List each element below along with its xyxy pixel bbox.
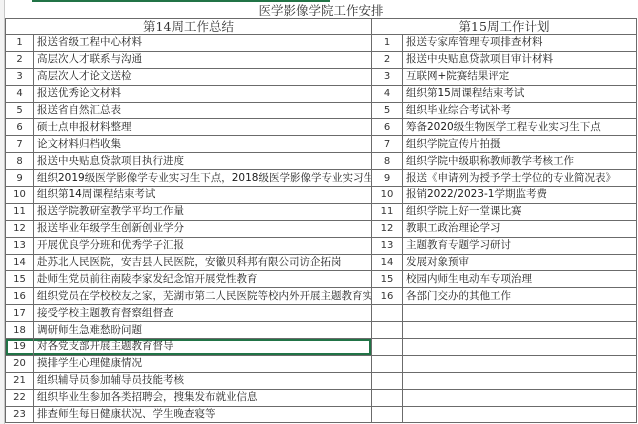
left-item-number[interactable]: 20	[6, 355, 34, 372]
left-item-number[interactable]: 15	[6, 271, 34, 288]
left-item-text[interactable]: 论文材料归档收集	[34, 136, 372, 153]
right-item-number[interactable]	[372, 389, 403, 406]
right-item-text[interactable]	[403, 372, 637, 389]
table-row: 21组织辅导员参加辅导员技能考核	[6, 372, 637, 389]
right-item-text[interactable]: 组织学院宣传片拍摄	[403, 136, 637, 153]
left-item-text[interactable]: 组织毕业生参加各类招聘会，搜集发布就业信息	[34, 389, 372, 406]
table-row: 2高层次人才联系与沟通2报送中央贴息贷款项目审计材料	[6, 51, 637, 68]
right-item-number[interactable]: 16	[372, 288, 403, 305]
table-row: 12报送毕业年级学生创新创业学分12教职工政治理论学习	[6, 220, 637, 237]
right-item-number[interactable]: 14	[372, 254, 403, 271]
left-item-text[interactable]: 摸排学生心理健康情况	[34, 355, 372, 372]
left-item-text[interactable]: 排查师生每日健康状况、学生晚查寝等	[34, 406, 372, 423]
left-item-text[interactable]: 对各党支部开展主题教育督导	[34, 339, 372, 356]
right-item-number[interactable]: 11	[372, 203, 403, 220]
right-item-text[interactable]	[403, 389, 637, 406]
right-item-text[interactable]: 报送《申请列为授予学士学位的专业简况表》	[403, 170, 637, 187]
table-row: 5报送省自然汇总表5组织毕业综合考试补考	[6, 102, 637, 119]
right-item-number[interactable]: 9	[372, 170, 403, 187]
left-item-number[interactable]: 13	[6, 237, 34, 254]
right-item-text[interactable]: 主题教育专题学习研讨	[403, 237, 637, 254]
table-row: 20摸排学生心理健康情况	[6, 355, 637, 372]
right-item-number[interactable]	[372, 305, 403, 322]
right-item-text[interactable]: 报送中央贴息贷款项目审计材料	[403, 51, 637, 68]
left-item-text[interactable]: 接受学校主题教育督察组督查	[34, 305, 372, 322]
left-item-number[interactable]: 6	[6, 119, 34, 136]
left-item-number[interactable]: 17	[6, 305, 34, 322]
right-item-number[interactable]: 13	[372, 237, 403, 254]
left-item-text[interactable]: 组织2019级医学影像学专业实习生下点，2018级医学影像学专业实习生返校	[34, 170, 372, 187]
right-item-number[interactable]: 10	[372, 187, 403, 204]
table-row: 9组织2019级医学影像学专业实习生下点，2018级医学影像学专业实习生返校9报…	[6, 170, 637, 187]
right-item-text[interactable]: 各部门交办的其他工作	[403, 288, 637, 305]
left-item-number[interactable]: 12	[6, 220, 34, 237]
left-item-text[interactable]: 报送优秀论文材料	[34, 85, 372, 102]
left-item-text[interactable]: 报送中央贴息贷款项目执行进度	[34, 153, 372, 170]
right-item-text[interactable]: 发展对象预审	[403, 254, 637, 271]
table-row: 10组织第14周课程结束考试10报销2022/2023-1学期监考费	[6, 187, 637, 204]
sheet-title[interactable]: 医学影像学院工作安排	[6, 3, 637, 19]
table-row: 4报送优秀论文材料4组织第15周课程结束考试	[6, 85, 637, 102]
left-item-number[interactable]: 5	[6, 102, 34, 119]
left-section-header[interactable]: 第14周工作总结	[6, 19, 372, 35]
left-item-number[interactable]: 21	[6, 372, 34, 389]
right-item-number[interactable]	[372, 339, 403, 356]
table-row: 6硕士点申报材料整理6筹备2020级生物医学工程专业实习生下点	[6, 119, 637, 136]
left-item-number[interactable]: 23	[6, 406, 34, 423]
right-item-number[interactable]: 8	[372, 153, 403, 170]
left-item-text[interactable]: 开展优良学分班和优秀学子汇报	[34, 237, 372, 254]
left-item-number[interactable]: 9	[6, 170, 34, 187]
left-item-text[interactable]: 组织辅导员参加辅导员技能考核	[34, 372, 372, 389]
right-item-text[interactable]: 组织学院上好一堂课比赛	[403, 203, 637, 220]
table-row: 7论文材料归档收集7组织学院宣传片拍摄	[6, 136, 637, 153]
right-item-number[interactable]: 4	[372, 85, 403, 102]
left-item-number[interactable]: 16	[6, 288, 34, 305]
right-item-text[interactable]	[403, 339, 637, 356]
right-item-number[interactable]	[372, 322, 403, 339]
right-item-text[interactable]: 组织第15周课程结束考试	[403, 85, 637, 102]
right-section-header[interactable]: 第15周工作计划	[372, 19, 637, 35]
right-item-text[interactable]: 组织学院中级职称教师教学考核工作	[403, 153, 637, 170]
table-row: 22组织毕业生参加各类招聘会，搜集发布就业信息	[6, 389, 637, 406]
left-item-text[interactable]: 赴师生党员前往南陵李家发纪念馆开展党性教育	[34, 271, 372, 288]
right-item-text[interactable]: 筹备2020级生物医学工程专业实习生下点	[403, 119, 637, 136]
table-row: 17接受学校主题教育督察组督查	[6, 305, 637, 322]
left-item-text[interactable]: 高层次人才论文送检	[34, 68, 372, 85]
table-row: 19对各党支部开展主题教育督导	[6, 339, 637, 356]
right-item-text[interactable]: 校园内师生电动车专项治理	[403, 271, 637, 288]
left-item-number[interactable]: 8	[6, 153, 34, 170]
spreadsheet[interactable]: 医学影像学院工作安排 第14周工作总结 第15周工作计划 1报送省级工程中心材料…	[5, 3, 636, 423]
right-item-text[interactable]: 报销2022/2023-1学期监考费	[403, 187, 637, 204]
header-row: 第14周工作总结 第15周工作计划	[6, 19, 637, 35]
right-item-text[interactable]: 组织毕业综合考试补考	[403, 102, 637, 119]
left-item-number[interactable]: 2	[6, 51, 34, 68]
right-item-number[interactable]: 2	[372, 51, 403, 68]
right-item-text[interactable]	[403, 305, 637, 322]
title-row: 医学影像学院工作安排	[6, 3, 637, 19]
left-item-text[interactable]: 报送毕业年级学生创新创业学分	[34, 220, 372, 237]
work-schedule-table: 医学影像学院工作安排 第14周工作总结 第15周工作计划 1报送省级工程中心材料…	[5, 3, 637, 423]
right-item-text[interactable]	[403, 322, 637, 339]
left-item-text[interactable]: 报送省级工程中心材料	[34, 35, 372, 52]
right-item-text[interactable]: 教职工政治理论学习	[403, 220, 637, 237]
right-item-text[interactable]: 互联网+院赛结果评定	[403, 68, 637, 85]
left-item-number[interactable]: 3	[6, 68, 34, 85]
left-item-text[interactable]: 赴苏北人民医院，安吉县人民医院，安徽贝科邦有限公司访企拓岗	[34, 254, 372, 271]
left-item-number[interactable]: 18	[6, 322, 34, 339]
table-row: 14赴苏北人民医院，安吉县人民医院，安徽贝科邦有限公司访企拓岗14发展对象预审	[6, 254, 637, 271]
left-item-number[interactable]: 7	[6, 136, 34, 153]
right-item-number[interactable]	[372, 355, 403, 372]
left-item-number[interactable]: 22	[6, 389, 34, 406]
right-item-number[interactable]: 6	[372, 119, 403, 136]
right-item-number[interactable]: 12	[372, 220, 403, 237]
left-item-text[interactable]: 组织第14周课程结束考试	[34, 187, 372, 204]
table-row: 18调研师生急难愁盼问题	[6, 322, 637, 339]
left-item-text[interactable]: 硕士点申报材料整理	[34, 119, 372, 136]
table-row: 8报送中央贴息贷款项目执行进度8组织学院中级职称教师教学考核工作	[6, 153, 637, 170]
left-item-number[interactable]: 1	[6, 35, 34, 52]
table-row: 11报送学院教研室教学平均工作量11组织学院上好一堂课比赛	[6, 203, 637, 220]
right-item-text[interactable]	[403, 406, 637, 423]
left-item-number[interactable]: 19	[6, 339, 34, 356]
right-item-text[interactable]: 报送专家库管理专项排查材料	[403, 35, 637, 52]
table-row: 1报送省级工程中心材料1报送专家库管理专项排查材料	[6, 35, 637, 52]
right-item-number[interactable]: 15	[372, 271, 403, 288]
right-item-number[interactable]	[372, 406, 403, 423]
table-row: 13开展优良学分班和优秀学子汇报13主题教育专题学习研讨	[6, 237, 637, 254]
right-item-number[interactable]: 7	[372, 136, 403, 153]
table-row: 15赴师生党员前往南陵李家发纪念馆开展党性教育15校园内师生电动车专项治理	[6, 271, 637, 288]
left-item-number[interactable]: 10	[6, 187, 34, 204]
right-item-number[interactable]	[372, 372, 403, 389]
left-item-text[interactable]: 调研师生急难愁盼问题	[34, 322, 372, 339]
left-item-number[interactable]: 14	[6, 254, 34, 271]
left-item-text[interactable]: 报送省自然汇总表	[34, 102, 372, 119]
left-item-text[interactable]: 高层次人才联系与沟通	[34, 51, 372, 68]
left-item-number[interactable]: 4	[6, 85, 34, 102]
left-item-number[interactable]: 11	[6, 203, 34, 220]
right-item-number[interactable]: 5	[372, 102, 403, 119]
table-row: 3高层次人才论文送检3互联网+院赛结果评定	[6, 68, 637, 85]
right-item-number[interactable]: 1	[372, 35, 403, 52]
table-row: 23排查师生每日健康状况、学生晚查寝等	[6, 406, 637, 423]
left-item-text[interactable]: 报送学院教研室教学平均工作量	[34, 203, 372, 220]
right-item-number[interactable]: 3	[372, 68, 403, 85]
right-item-text[interactable]	[403, 355, 637, 372]
table-row: 16组织党员在学校校友之家，芜湖市第二人民医院等校内外开展主题教育实践16各部门…	[6, 288, 637, 305]
left-item-text[interactable]: 组织党员在学校校友之家，芜湖市第二人民医院等校内外开展主题教育实践	[34, 288, 372, 305]
selection-border-top	[32, 0, 330, 2]
